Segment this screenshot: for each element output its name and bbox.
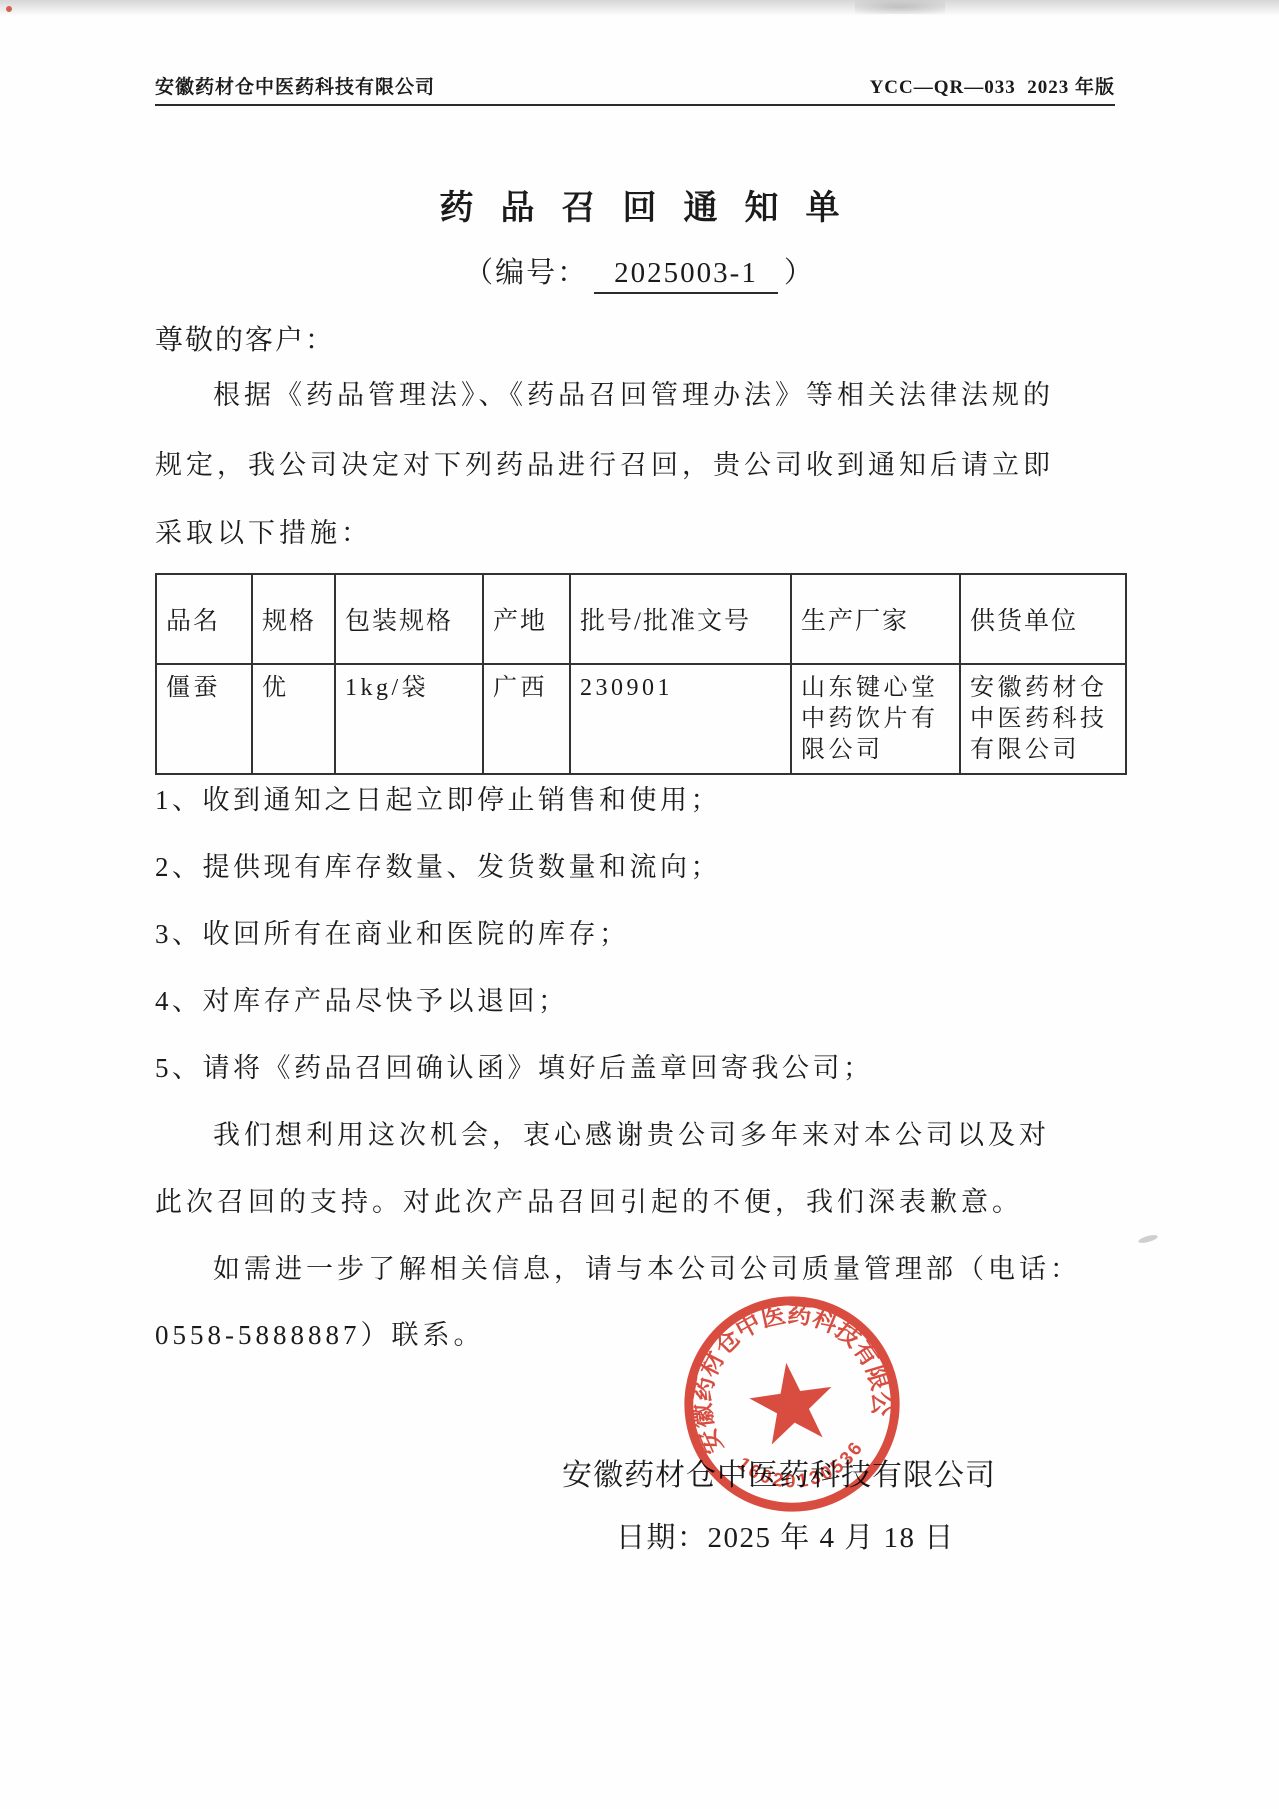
company-seal: 安徽药材仓中医药科技有限公司 16020130536 <box>652 1264 932 1544</box>
recall-notice-document: 安徽药材仓中医药科技有限公司 YCC—QR—033 2023 年版 药品召回通知… <box>0 0 1279 1809</box>
col-header-product: 品名 <box>156 574 252 664</box>
contact-line-2: 0558-5888887）联系。 <box>155 1318 1130 1352</box>
page-header: 安徽药材仓中医药科技有限公司 YCC—QR—033 2023 年版 <box>155 72 1115 106</box>
header-doc-code: YCC—QR—033 2023 年版 <box>870 72 1115 99</box>
salutation: 尊敬的客户： <box>155 318 335 358</box>
col-header-spec: 规格 <box>252 574 335 664</box>
intro-line-3: 采取以下措施： <box>155 516 1130 550</box>
measure-item-5: 5、请将《药品召回确认函》填好后盖章回寄我公司； <box>155 1046 1130 1085</box>
header-company-name: 安徽药材仓中医药科技有限公司 <box>155 72 435 99</box>
doc-number-value: 2025003-1 <box>594 257 778 294</box>
measure-item-3: 3、收回所有在商业和医院的库存； <box>155 912 1130 951</box>
cell-spec: 优 <box>252 664 335 774</box>
cell-supplier: 安徽药材仓中医药科技有限公司 <box>960 664 1126 774</box>
page-title: 药品召回通知单 <box>0 180 1279 229</box>
doc-number-suffix: ） <box>784 257 815 289</box>
scan-edge-artifact <box>0 0 1279 16</box>
scan-corner-dot <box>6 6 12 12</box>
cell-origin: 广西 <box>483 664 570 774</box>
col-header-packaging: 包装规格 <box>335 574 483 664</box>
col-header-batch: 批号/批准文号 <box>570 574 791 664</box>
table-header-row: 品名 规格 包装规格 产地 批号/批准文号 生产厂家 供货单位 <box>156 574 1126 664</box>
intro-line-2: 规定，我公司决定对下列药品进行召回，贵公司收到通知后请立即 <box>155 448 1130 482</box>
cell-batch: 230901 <box>570 664 791 774</box>
intro-line-1: 根据《药品管理法》、《药品召回管理办法》等相关法律法规的 <box>155 378 1130 412</box>
measure-item-4: 4、对库存产品尽快予以退回； <box>155 979 1130 1018</box>
thanks-line-1: 我们想利用这次机会，衷心感谢贵公司多年来对本公司以及对 <box>155 1118 1130 1152</box>
stray-pen-mark <box>1138 1234 1159 1244</box>
col-header-supplier: 供货单位 <box>960 574 1126 664</box>
recall-table: 品名 规格 包装规格 产地 批号/批准文号 生产厂家 供货单位 僵蚕 优 1kg… <box>155 573 1127 775</box>
doc-number-prefix: （编号： <box>464 257 588 289</box>
col-header-manufacturer: 生产厂家 <box>791 574 960 664</box>
cell-packaging: 1kg/袋 <box>335 664 483 774</box>
scan-smudge-artifact <box>855 0 945 14</box>
measure-item-1: 1、收到通知之日起立即停止销售和使用； <box>155 778 1130 817</box>
seal-star-icon <box>745 1357 838 1447</box>
table-row: 僵蚕 优 1kg/袋 广西 230901 山东键心堂中药饮片有限公司 安徽药材仓… <box>156 664 1126 774</box>
thanks-line-2: 此次召回的支持。对此次产品召回引起的不便，我们深表歉意。 <box>155 1185 1130 1219</box>
doc-number-line: （编号：2025003-1） <box>0 250 1279 294</box>
cell-product: 僵蚕 <box>156 664 252 774</box>
contact-line-1: 如需进一步了解相关信息，请与本公司公司质量管理部（电话： <box>155 1252 1130 1286</box>
measure-item-2: 2、提供现有库存数量、发货数量和流向； <box>155 845 1130 884</box>
col-header-origin: 产地 <box>483 574 570 664</box>
cell-manufacturer: 山东键心堂中药饮片有限公司 <box>791 664 960 774</box>
